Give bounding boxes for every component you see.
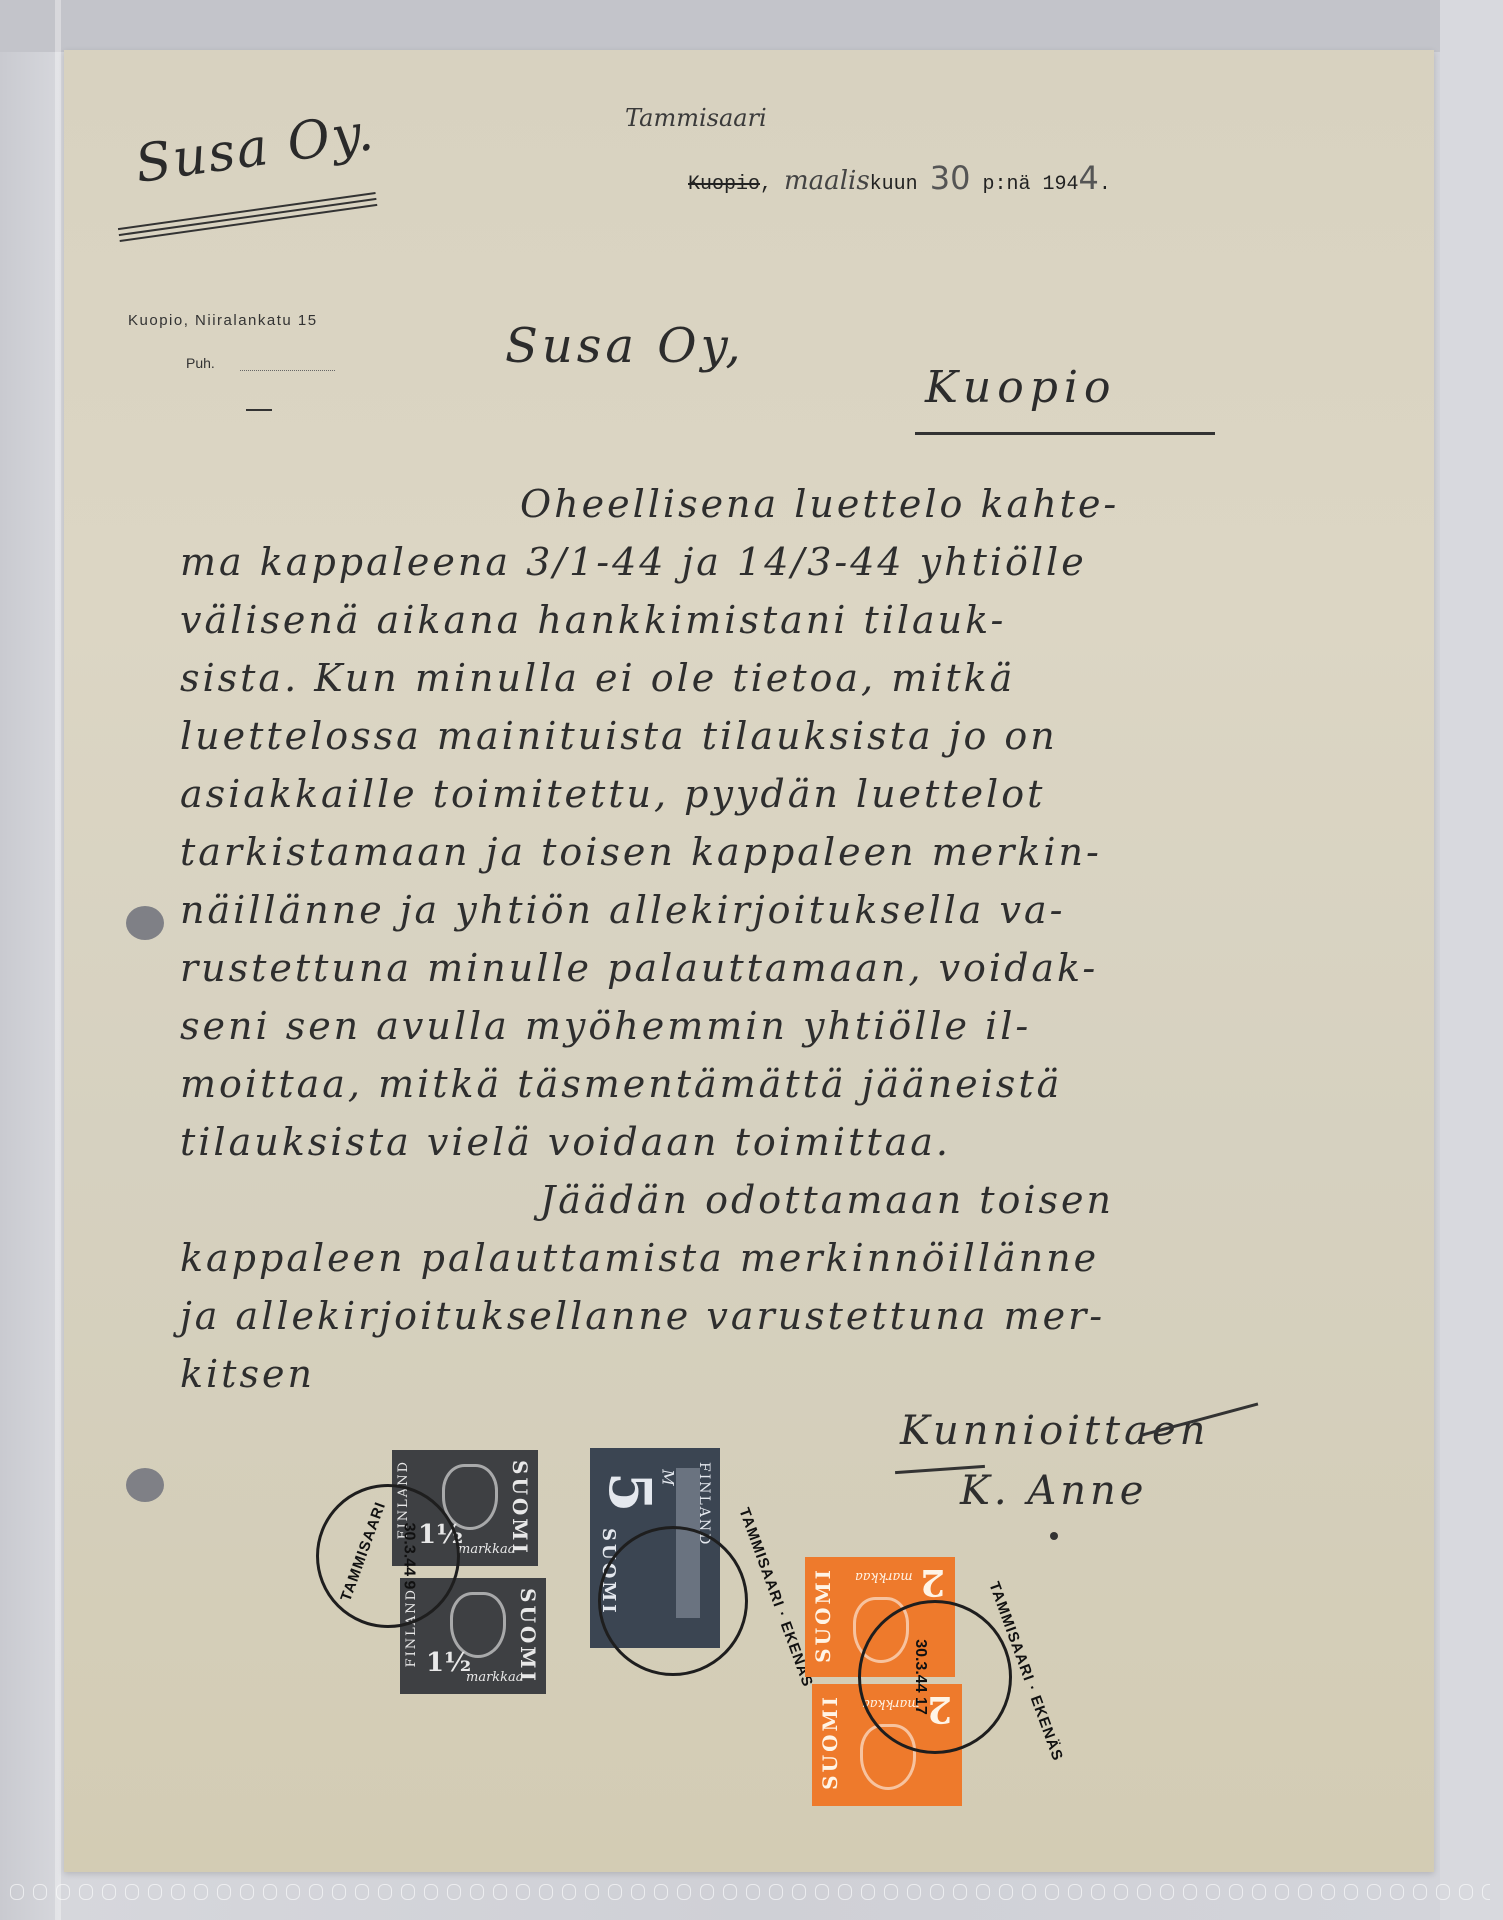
printed-year-prefix: 194: [1042, 173, 1078, 196]
company-address: Kuopio, Niiralankatu 15: [128, 312, 318, 329]
printed-day-suffix: p:nä: [982, 173, 1030, 196]
closing-line: ja allekirjoituksellanne varustettuna me…: [180, 1287, 1365, 1345]
stamp-currency: markkaa: [458, 1542, 516, 1557]
phone-blank-line: [240, 370, 335, 371]
signature-line-2: K. Anne: [960, 1468, 1147, 1514]
postmark-middle: TAMMISAARI · EKENÄS: [598, 1526, 748, 1676]
date-line: Kuopio, maaliskuun 30 p:nä 1944.: [688, 159, 1111, 197]
body-line: näillänne ja yhtiön allekirjoituksella v…: [180, 881, 1365, 939]
stamp-currency: markkaa: [855, 1569, 913, 1584]
punch-hole-icon: [126, 1468, 164, 1502]
phone-label: Puh.: [186, 355, 215, 371]
stamp-value: 1½: [426, 1648, 471, 1678]
closing-line: kappaleen palauttamista merkinnöillänne: [180, 1229, 1365, 1287]
body-line: luettelossa mainituista tilauksista jo o…: [180, 707, 1365, 765]
body-line: moittaa, mitkä täsmentämättä jääneistä: [180, 1055, 1365, 1113]
sleeve-right-edge: [1440, 0, 1503, 1920]
date-period: .: [1099, 173, 1111, 196]
body-line: ma kappaleena 3/1-44 ja 14/3-44 yhtiölle: [180, 533, 1365, 591]
stamp-value: 5: [596, 1472, 664, 1512]
ink-speck: [1050, 1532, 1058, 1540]
stamp-country-label: SUOMI: [818, 1694, 842, 1790]
body-line: tilauksista vielä voidaan toimittaa.: [180, 1113, 1365, 1171]
closing-line: Jäädän odottamaan toisen: [180, 1171, 1365, 1229]
body-line: asiakkaille toimitettu, pyydän luettelot: [180, 765, 1365, 823]
stamp-country-label: SUOMI: [811, 1567, 835, 1663]
postmark-city: TAMMISAARI: [337, 1499, 389, 1603]
postmark-left: TAMMISAARI 30.3.44 9: [316, 1484, 460, 1628]
printed-month-suffix: kuun: [870, 173, 918, 196]
handwritten-year-digit: 4: [1078, 159, 1098, 197]
postmark-right: TAMMISAARI · EKENÄS 30.3.44 17: [858, 1600, 1012, 1754]
divider: [246, 409, 272, 411]
sleeve-fold: [55, 0, 61, 1920]
closing-line: kitsen: [180, 1345, 1365, 1403]
body-line: välisenä aikana hankkimistani tilauk-: [180, 591, 1365, 649]
body-line: Oheellisena luettelo kahte-: [180, 475, 1365, 533]
body-line: tarkistamaan ja toisen kappaleen merkin-: [180, 823, 1365, 881]
body-line: sista. Kun minulla ei ole tietoa, mitkä: [180, 649, 1365, 707]
handwritten-city: Tammisaari: [625, 104, 767, 132]
postmark-date: 30.3.44 9: [399, 1523, 417, 1590]
recipient-city: Kuopio: [925, 362, 1116, 413]
recipient-name: Susa Oy,: [505, 318, 745, 374]
recipient-underline: [915, 432, 1215, 435]
punch-hole-icon: [126, 906, 164, 940]
body-line: seni sen avulla myöhemmin yhtiölle il-: [180, 997, 1365, 1055]
handwritten-day: 30: [930, 159, 971, 197]
sleeve-top-edge: [0, 0, 1503, 52]
stamp-currency: markkaa: [466, 1670, 524, 1685]
printed-city: Kuopio: [688, 173, 760, 196]
handwritten-month: maalis: [784, 166, 870, 196]
stamp-value: 2: [920, 1561, 945, 1603]
body-line: rustettuna minulle palauttamaan, voidak-: [180, 939, 1365, 997]
signature-line-1: Kunnioittaen: [900, 1408, 1209, 1454]
stamp-currency: M: [659, 1469, 678, 1485]
sleeve-perforation: [10, 1882, 1490, 1902]
postmark-date: 30.3.44 17: [911, 1639, 929, 1715]
letter-body: Oheellisena luettelo kahte- ma kappaleen…: [180, 475, 1365, 1403]
